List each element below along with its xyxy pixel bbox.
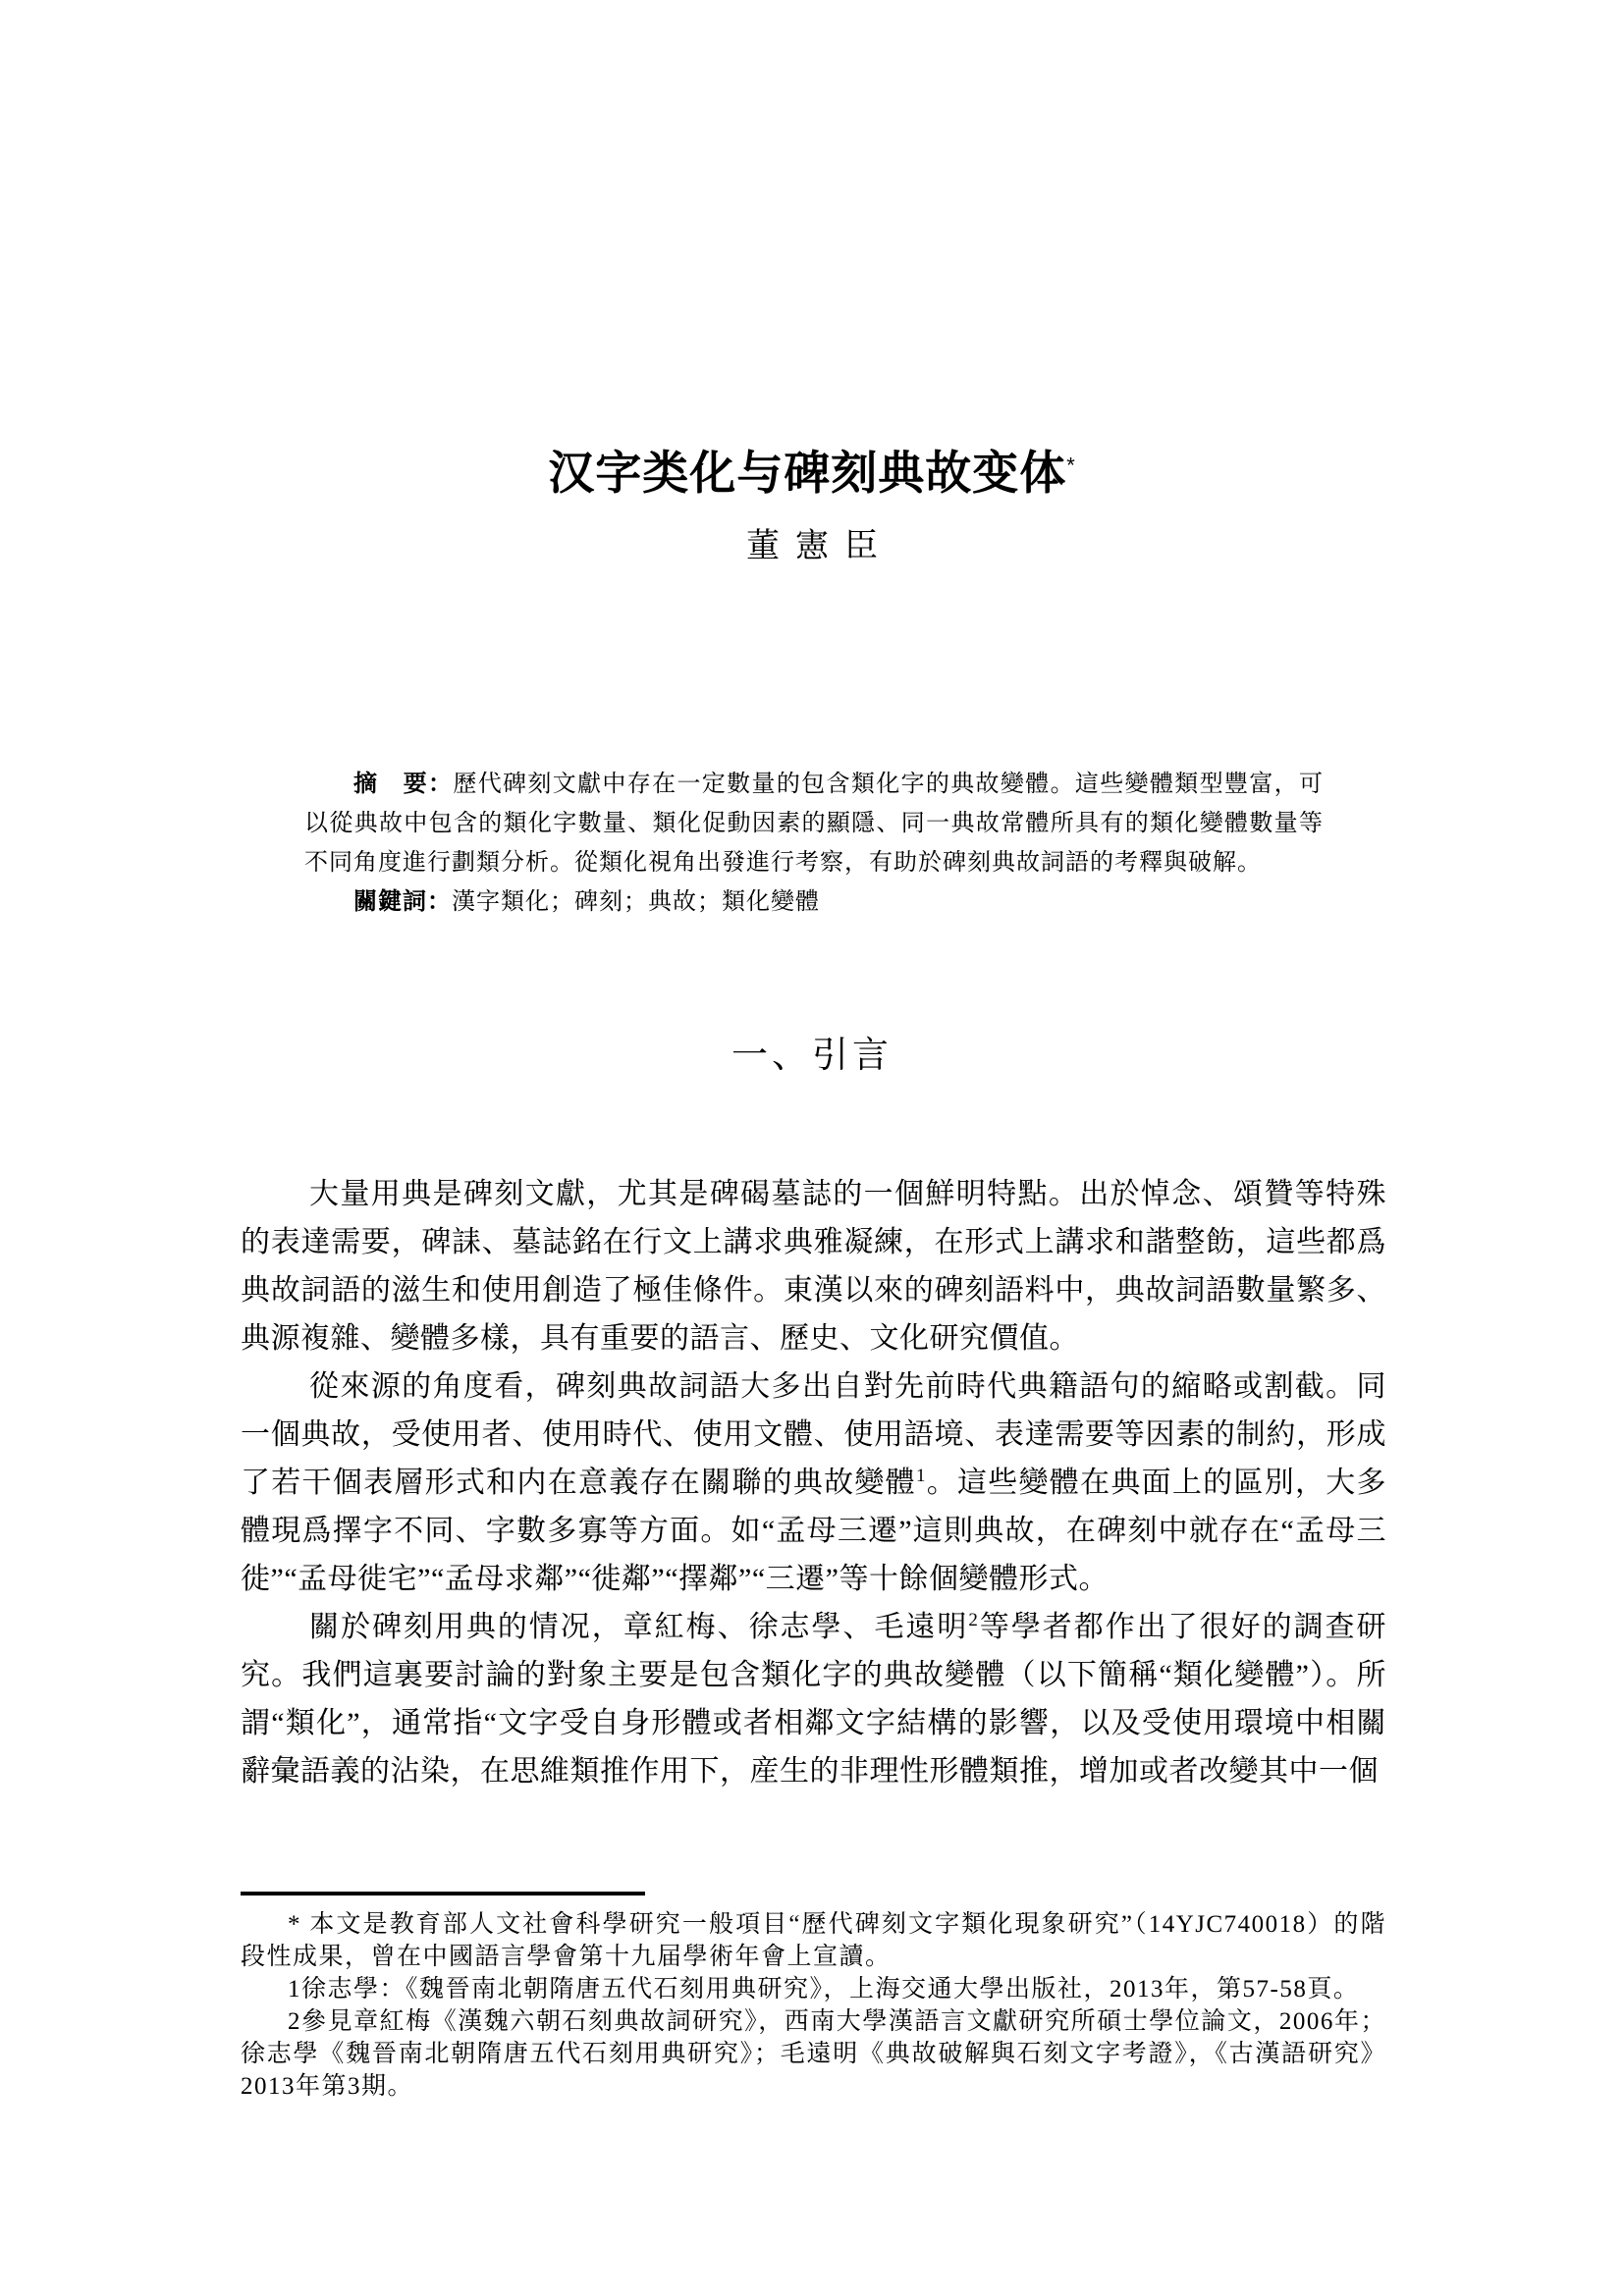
page-title-text: 汉字类化与碑刻典故变体: [548, 447, 1066, 499]
body-paragraph-2: 從來源的角度看，碑刻典故詞語大多出自對先前時代典籍語句的縮略或割截。同一個典故，…: [241, 1362, 1386, 1603]
keywords-paragraph: 關鍵詞：漢字類化；碑刻；典故；類化變體: [304, 882, 1324, 922]
author-name: 董憲臣: [0, 518, 1624, 566]
footnote-reference-1: 1: [916, 1466, 926, 1486]
abstract-block: 摘 要：歷代碑刻文獻中存在一定數量的包含類化字的典故變體。這些變體類型豐富，可以…: [304, 765, 1324, 922]
keywords-label: 關鍵詞：: [353, 889, 452, 915]
footnote-2: 2參見章紅梅《漢魏六朝石刻典故詞研究》，西南大學漢語言文獻研究所碩士學位論文，2…: [241, 2005, 1386, 2103]
body-text: 大量用典是碑刻文獻，尤其是碑碣墓誌的一個鮮明特點。出於悼念、頌贊等特殊的表達需要…: [241, 1170, 1386, 1795]
body-paragraph-1: 大量用典是碑刻文獻，尤其是碑碣墓誌的一個鮮明特點。出於悼念、頌贊等特殊的表達需要…: [241, 1170, 1386, 1362]
footnote-star: * 本文是教育部人文社會科學研究一般項目“歷代碑刻文字類化現象研究”（14YJC…: [241, 1908, 1386, 1973]
keywords-text: 漢字類化；碑刻；典故；類化變體: [452, 889, 820, 915]
section-heading-introduction: 一、引言: [0, 1025, 1624, 1078]
footnote-1: 1徐志學：《魏晉南北朝隋唐五代石刻用典研究》，上海交通大學出版社，2013年，第…: [241, 1973, 1386, 2005]
body-paragraph-3: 關於碑刻用典的情况，章紅梅、徐志學、毛遠明2等學者都作出了很好的調查研究。我們這…: [241, 1603, 1386, 1795]
page-title: 汉字类化与碑刻典故变体*: [0, 437, 1624, 503]
footnote-separator-rule: [241, 1892, 645, 1896]
footnote-reference-2: 2: [968, 1610, 978, 1630]
abstract-label: 摘 要：: [353, 772, 453, 797]
title-footnote-marker: *: [1066, 453, 1076, 477]
footnotes-block: * 本文是教育部人文社會科學研究一般項目“歷代碑刻文字類化現象研究”（14YJC…: [241, 1908, 1386, 2103]
body-paragraph-3-text-a: 關於碑刻用典的情况，章紅梅、徐志學、毛遠明: [309, 1611, 968, 1643]
abstract-text: 歷代碑刻文獻中存在一定數量的包含類化字的典故變體。這些變體類型豐富，可以從典故中…: [304, 772, 1324, 876]
abstract-paragraph: 摘 要：歷代碑刻文獻中存在一定數量的包含類化字的典故變體。這些變體類型豐富，可以…: [304, 765, 1324, 882]
document-page: 汉字类化与碑刻典故变体* 董憲臣 摘 要：歷代碑刻文獻中存在一定數量的包含類化字…: [0, 0, 1624, 2296]
